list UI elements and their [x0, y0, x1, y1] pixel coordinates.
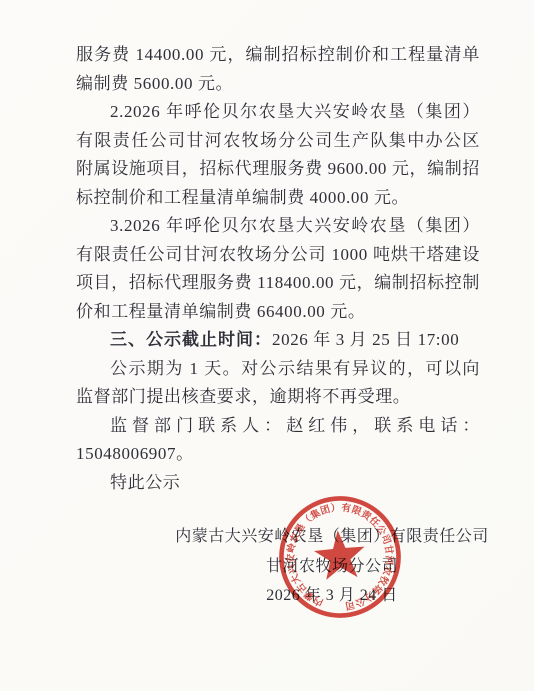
- paragraph-item-3: 3.2026 年呼伦贝尔农垦大兴安岭农垦（集团）有限责任公司甘河农牧场分公司 1…: [76, 212, 480, 326]
- deadline-label: 三、公示截止时间：: [110, 330, 272, 349]
- paragraph-supervisor-contact: 监督部门联系人：赵红伟，联系电话：15048006907。: [76, 412, 480, 469]
- notice-body: 服务费 14400.00 元，编制招标控制价和工程量清单编制费 5600.00 …: [76, 41, 480, 497]
- paragraph-deadline: 三、公示截止时间：2026 年 3 月 25 日 17:00: [76, 326, 480, 355]
- paragraph-fee-continuation: 服务费 14400.00 元，编制招标控制价和工程量清单编制费 5600.00 …: [76, 41, 480, 98]
- paragraph-objection-period: 公示期为 1 天。对公示结果有异议的，可以向监督部门提出核查要求，逾期将不再受理…: [76, 355, 480, 412]
- document-page: 服务费 14400.00 元，编制招标控制价和工程量清单编制费 5600.00 …: [0, 0, 534, 691]
- seal-star-icon: [312, 528, 367, 580]
- company-seal-stamp: 内蒙古大兴安岭农垦（集团）有限责任公司甘河农牧场分公司: [257, 474, 424, 641]
- paragraph-item-2: 2.2026 年呼伦贝尔农垦大兴安岭农垦（集团）有限责任公司甘河农牧场分公司生产…: [76, 98, 480, 212]
- deadline-value: 2026 年 3 月 25 日 17:00: [272, 330, 459, 349]
